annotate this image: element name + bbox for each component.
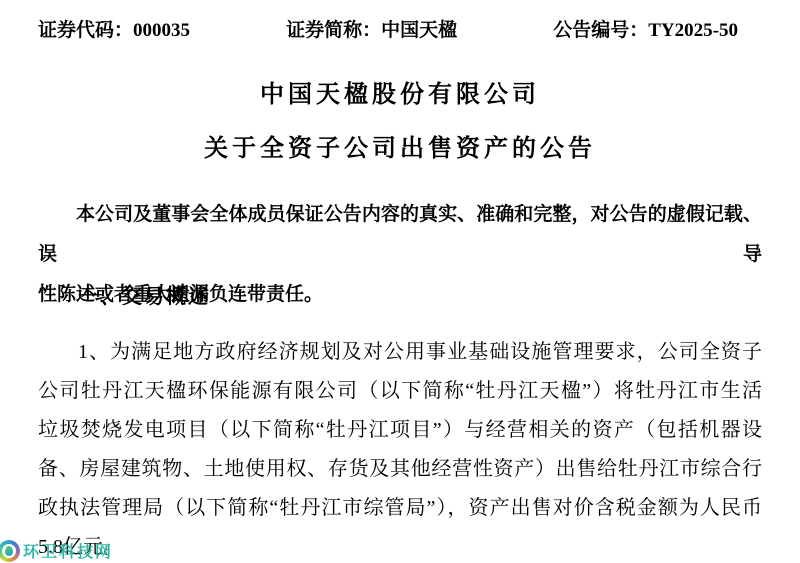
body-line: 公司牡丹江天楹环保能源有限公司（以下简称“牡丹江天楹”）将牡丹江市生活	[38, 372, 762, 411]
body-line: 政执法管理局（以下简称“牡丹江市综管局”），资产出售对价含税金额为人民币	[38, 489, 762, 528]
body-paragraph: 1、为满足地方政府经济规划及对公用事业基础设施管理要求，公司全资子 公司牡丹江天…	[38, 333, 762, 563]
stock-code: 证券代码：000035	[38, 18, 190, 44]
watermark-site-name: 环卫科技网	[23, 539, 113, 562]
stock-code-label: 证券代码：	[38, 20, 133, 41]
disclaimer-line: 本公司及董事会全体成员保证公告内容的真实、准确和完整，对公告的虚假记载、误导	[38, 195, 762, 275]
document-title-subject: 关于全资子公司出售资产的公告	[38, 134, 762, 164]
stock-name: 证券简称：中国天楹	[286, 18, 457, 44]
document-title-company: 中国天楹股份有限公司	[38, 80, 762, 110]
stock-code-value: 000035	[133, 20, 190, 41]
document-page: 证券代码：000035 证券简称：中国天楹 公告编号：TY2025-50 中国天…	[0, 0, 800, 563]
body-line: 备、房屋建筑物、土地使用权、存货及其他经营性资产）出售给牡丹江市综合行	[38, 450, 762, 489]
body-line: 1、为满足地方政府经济规划及对公用事业基础设施管理要求，公司全资子	[38, 333, 762, 372]
announcement-number: 公告编号：TY2025-50	[553, 18, 738, 44]
announcement-number-label: 公告编号：	[553, 20, 648, 41]
stock-name-value: 中国天楹	[381, 20, 457, 41]
droplet-icon	[5, 546, 13, 556]
announcement-number-value: TY2025-50	[648, 20, 738, 41]
body-line: 5.8亿元。	[38, 528, 762, 563]
stock-name-label: 证券简称：	[286, 20, 381, 41]
site-watermark: 环卫科技网	[0, 539, 113, 562]
announcement-header: 证券代码：000035 证券简称：中国天楹 公告编号：TY2025-50	[38, 18, 738, 44]
droplet-ring-logo-icon	[0, 540, 20, 562]
section-heading-transaction-overview: 一、交易概述	[38, 283, 762, 311]
body-line: 垃圾焚烧发电项目（以下简称“牡丹江项目”）与经营相关的资产（包括机器设	[38, 411, 762, 450]
